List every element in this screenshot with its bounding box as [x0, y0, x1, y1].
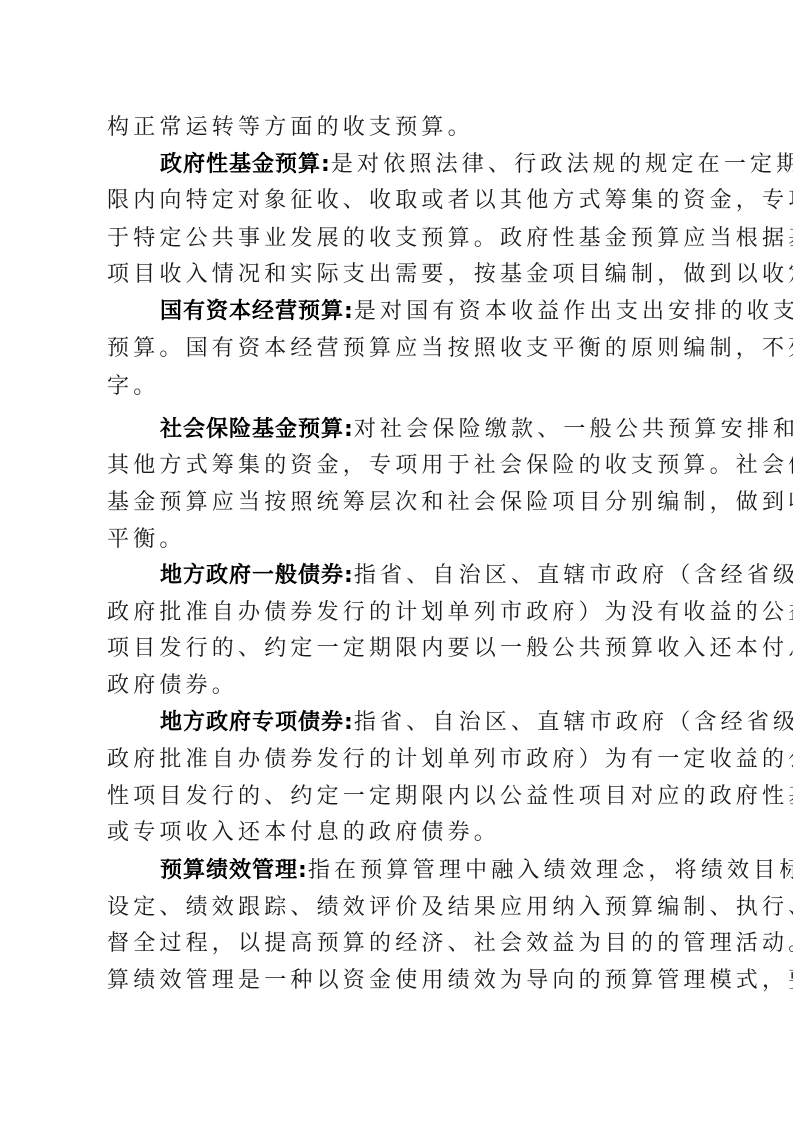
- paragraph-line: 字。: [107, 372, 697, 402]
- definition-text: 是对依照法律、行政法规的规定在一定期: [331, 152, 793, 177]
- definition-text: 指省、自治区、直辖市政府（含经省级: [354, 710, 793, 735]
- term-heading: 国有资本经营预算:: [160, 299, 354, 324]
- paragraph-first-line: 预算绩效管理:指在预算管理中融入绩效理念，将绩效目标: [160, 856, 697, 886]
- paragraph-line: 基金预算应当按照统筹层次和社会保险项目分别编制，做到收支: [107, 488, 697, 518]
- definition-text: 指省、自治区、直辖市政府（含经省级: [354, 563, 793, 588]
- term-heading: 社会保险基金预算:: [160, 417, 354, 442]
- paragraph-line: 督全过程，以提高预算的经济、社会效益为目的的管理活动。预: [107, 929, 697, 959]
- paragraph-first-line: 社会保险基金预算:对社会保险缴款、一般公共预算安排和: [160, 415, 697, 445]
- paragraph-line: 项目收入情况和实际支出需要，按基金项目编制，做到以收定支。: [107, 260, 697, 290]
- term-heading: 政府性基金预算:: [160, 152, 331, 177]
- paragraph-first-line: 国有资本经营预算:是对国有资本收益作出支出安排的收支: [160, 297, 697, 327]
- paragraph-line: 项目发行的、约定一定期限内要以一般公共预算收入还本付息的: [107, 634, 697, 664]
- term-heading: 地方政府一般债券:: [160, 563, 354, 588]
- definition-text: 对社会保险缴款、一般公共预算安排和: [354, 417, 793, 442]
- paragraph-line: 算绩效管理是一种以资金使用绩效为导向的预算管理模式，要求: [107, 966, 697, 996]
- paragraph-line: 政府债券。: [107, 671, 697, 701]
- paragraph-line: 于特定公共事业发展的收支预算。政府性基金预算应当根据基金: [107, 224, 697, 254]
- paragraph-first-line: 地方政府一般债券:指省、自治区、直辖市政府（含经省级: [160, 561, 697, 591]
- paragraph-line: 构正常运转等方面的收支预算。: [107, 113, 697, 143]
- paragraph-line: 限内向特定对象征收、收取或者以其他方式筹集的资金，专项用: [107, 186, 697, 216]
- definition-text: 是对国有资本收益作出支出安排的收支: [354, 299, 793, 324]
- paragraph-line: 其他方式筹集的资金，专项用于社会保险的收支预算。社会保险: [107, 451, 697, 481]
- paragraph-line: 政府批准自办债券发行的计划单列市政府）为有一定收益的公益: [107, 745, 697, 775]
- document-page: 构正常运转等方面的收支预算。 政府性基金预算:是对依照法律、行政法规的规定在一定…: [0, 0, 793, 1122]
- definition-text: 指在预算管理中融入绩效理念，将绩效目标: [308, 858, 793, 883]
- paragraph-first-line: 政府性基金预算:是对依照法律、行政法规的规定在一定期: [160, 150, 697, 180]
- paragraph-line: 性项目发行的、约定一定期限内以公益性项目对应的政府性基金: [107, 782, 697, 812]
- paragraph-line: 政府批准自办债券发行的计划单列市政府）为没有收益的公益性: [107, 598, 697, 628]
- paragraph-line: 平衡。: [107, 525, 697, 555]
- paragraph-first-line: 地方政府专项债券:指省、自治区、直辖市政府（含经省级: [160, 708, 697, 738]
- paragraph-line: 预算。国有资本经营预算应当按照收支平衡的原则编制，不列赤: [107, 334, 697, 364]
- paragraph-line: 或专项收入还本付息的政府债券。: [107, 818, 697, 848]
- term-heading: 预算绩效管理:: [160, 858, 308, 883]
- term-heading: 地方政府专项债券:: [160, 710, 354, 735]
- paragraph-line: 设定、绩效跟踪、绩效评价及结果应用纳入预算编制、执行、监: [107, 893, 697, 923]
